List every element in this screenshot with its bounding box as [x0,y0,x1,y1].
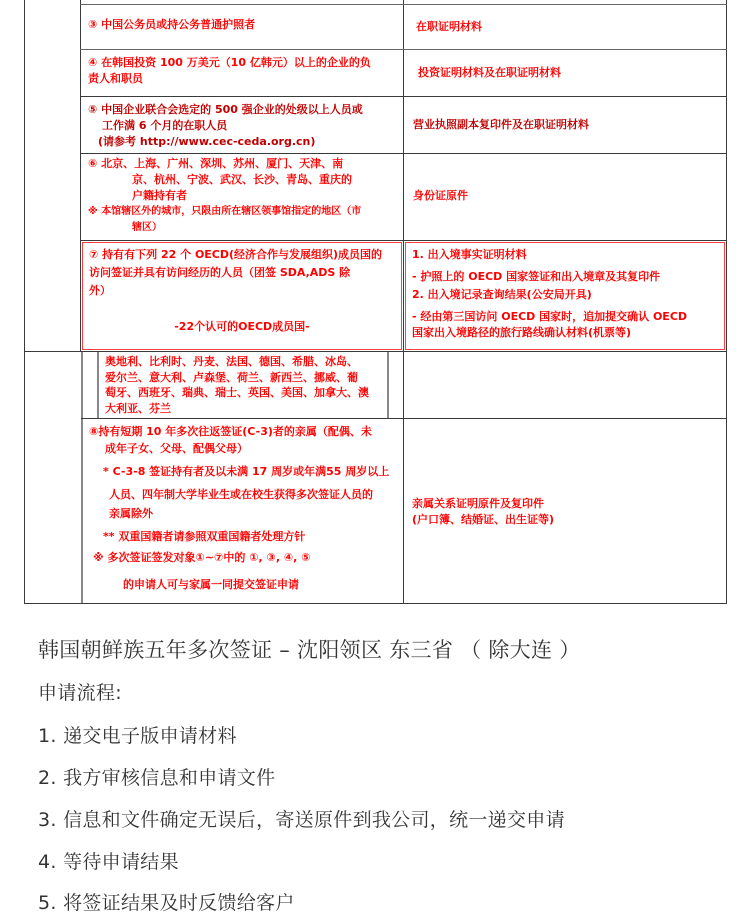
process-step: 2. 我方审核信息和申请文件 [38,763,275,790]
table-row: ⑥ 北京、上海、广州、深圳、苏州、厦门、天津、南 京、杭州、宁波、武汉、长沙、青… [88,156,400,236]
documents-text: 营业执照副本复印件及在职证明材料 [413,117,713,133]
condition-text: 成年子女、父母、配偶父母） [89,440,401,457]
table-border-left [24,0,25,604]
country-box-right [387,352,389,419]
row-divider [80,96,727,97]
condition-note: 辖区） [88,220,400,236]
table-row-documents: 营业执照副本复印件及在职证明材料 [413,117,713,133]
table-row-documents: 亲属关系证明原件及复印件 (户口簿、结婚证、出生证等) [412,496,712,528]
documents-text: - 经由第三国访问 OECD 国家时，追加提交确认 OECD [412,309,718,325]
condition-text: 户籍持有者 [88,188,400,204]
country-line: 爱尔兰、意大利、卢森堡、荷兰、新西兰、挪威、葡 [105,370,387,386]
condition-note: ** 双重国籍者请参照双重国籍者处理方针 [89,528,401,545]
documents-text: 投资证明材料及在职证明材料 [418,65,718,81]
condition-text: ⑦ 持有有下列 22 个 OECD(经济合作与发展组织)成员国的 [89,247,395,263]
condition-note: 人员、四年制大学毕业生或在校生获得多次签证人员的 [89,486,401,503]
oecd-heading: -22个认可的OECD成员国- [89,319,395,335]
condition-text: (请参考 http://www.cec-ceda.org.cn) [88,134,400,150]
documents-text: 在职证明材料 [416,19,716,35]
condition-text: ③ 中国公务员或持公务普通护照者 [88,17,398,33]
row-divider [24,351,727,352]
row-divider [80,240,727,241]
condition-text: 工作满 6 个月的在职人员 [88,118,400,134]
table-row: ③ 中国公务员或持公务普通护照者 [88,17,398,33]
process-step: 5. 将签证结果及时反馈给客户 [38,888,295,915]
documents-text: 1. 出入境事实证明材料 [412,247,718,263]
country-line: 奥地利、比利时、丹麦、法国、德国、希腊、冰岛、 [105,354,387,370]
condition-text: 外） [89,283,395,299]
documents-text: 国家出入境路径的旅行路线确认材料(机票等) [412,325,718,341]
table-border-inner-left-lower [81,352,83,603]
oecd-country-list: 奥地利、比利时、丹麦、法国、德国、希腊、冰岛、 爱尔兰、意大利、卢森堡、荷兰、新… [105,354,387,416]
table-row-documents: 在职证明材料 [416,19,716,35]
condition-text: ⑤ 中国企业联合会选定的 500 强企业的处级以上人员或 [88,102,400,118]
table-row-documents-highlighted: 1. 出入境事实证明材料 - 护照上的 OECD 国家签证和出入境章及其复印件 … [405,242,725,350]
documents-text: 身份证原件 [413,188,713,204]
documents-text: 2. 出入境记录查询结果(公安局开具) [412,287,718,303]
condition-text: ⑧持有短期 10 年多次往返签证(C-3)者的亲属（配偶、未 [89,423,401,440]
condition-note: 亲属除外 [89,505,401,522]
country-line: 大利亚、芬兰 [105,401,387,417]
documents-text: (户口簿、结婚证、出生证等) [412,512,712,528]
table-border-right [726,0,727,604]
condition-text: ④ 在韩国投资 100 万美元（10 亿韩元）以上的企业的负 [88,55,400,71]
table-row-documents: 投资证明材料及在职证明材料 [418,65,718,81]
process-step: 3. 信息和文件确定无误后，寄送原件到我公司，统一递交申请 [38,805,565,832]
process-label: 申请流程: [38,678,122,705]
condition-note: ※ 本馆辖区外的城市，只限由所在辖区领事馆指定的地区（市 [88,204,400,220]
process-step: 1. 递交电子版申请材料 [38,721,237,748]
condition-note: ※ 多次签证签发对象①~⑦中的 ①, ③, ④, ⑤ [89,549,401,566]
table-border-bottom [24,603,727,604]
table-row: ⑤ 中国企业联合会选定的 500 强企业的处级以上人员或 工作满 6 个月的在职… [88,102,400,150]
row-divider [80,49,727,50]
country-line: 萄牙、西班牙、瑞典、瑞士、英国、美国、加拿大、澳 [105,385,387,401]
condition-note: * C-3-8 签证持有者及以未满 17 周岁或年满55 周岁以上 [89,463,401,480]
row-divider [81,418,727,419]
country-box-left [97,352,99,419]
table-row-documents: 身份证原件 [413,188,713,204]
documents-text: - 护照上的 OECD 国家签证和出入境章及其复印件 [412,269,718,285]
condition-text: 京、杭州、宁波、武汉、长沙、青岛、重庆的 [88,172,400,188]
section-title: 韩国朝鲜族五年多次签证 – 沈阳领区 东三省 （ 除大连 ） [38,634,581,664]
table-border-middle [403,0,404,604]
condition-text: 访问签证并具有访问经历的人员（团签 SDA,ADS 除 [89,265,395,281]
table-row-highlighted: ⑦ 持有有下列 22 个 OECD(经济合作与发展组织)成员国的 访问签证并具有… [82,242,402,350]
table-row: ⑧持有短期 10 年多次往返签证(C-3)者的亲属（配偶、未 成年子女、父母、配… [89,423,401,593]
table-row: ④ 在韩国投资 100 万美元（10 亿韩元）以上的企业的负 责人和职员 [88,55,400,87]
row-divider [80,4,727,5]
table-border-inner-left [80,0,81,352]
process-step: 4. 等待申请结果 [38,847,179,874]
condition-text: 责人和职员 [88,71,400,87]
condition-note: 的申请人可与家属一同提交签证申请 [89,576,401,593]
row-divider [80,153,727,154]
condition-text: ⑥ 北京、上海、广州、深圳、苏州、厦门、天津、南 [88,156,400,172]
documents-text: 亲属关系证明原件及复印件 [412,496,712,512]
